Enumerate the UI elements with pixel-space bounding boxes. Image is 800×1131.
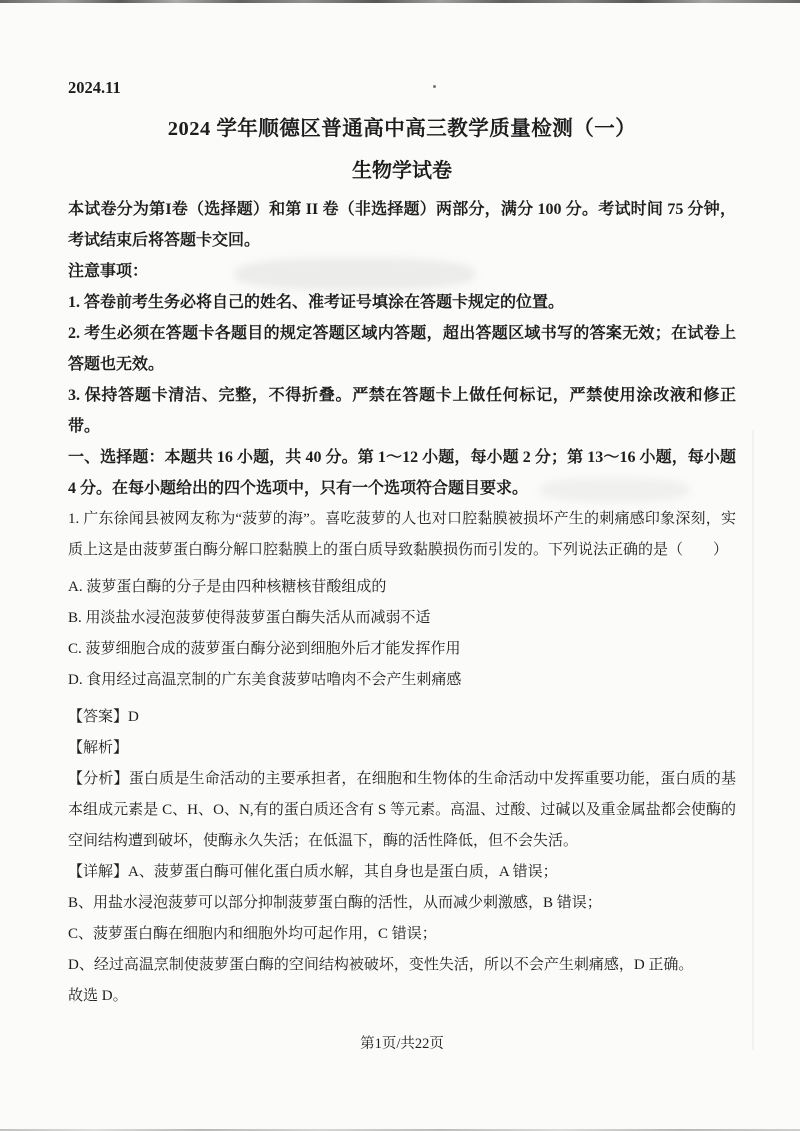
notice-item-2: 2. 考生必须在答题卡各题目的规定答题区域内答题，超出答题区域书写的答案无效；在…: [68, 318, 736, 380]
exam-date: 2024.11: [68, 78, 736, 98]
detail-line-d: D、经过高温烹制使菠萝蛋白酶的空间结构被破坏，变性失活，所以不会产生刺痛感，D …: [68, 950, 736, 981]
exam-intro-paragraph: 本试卷分为第I卷（选择题）和第 II 卷（非选择题）两部分，满分 100 分。考…: [68, 194, 736, 256]
option-a: A. 菠萝蛋白酶的分子是由四种核糖核苷酸组成的: [68, 572, 736, 603]
exam-paper-page: 2024.11 2024 学年顺德区普通高中高三教学质量检测（一） 生物学试卷 …: [0, 0, 800, 1131]
option-b: B. 用淡盐水浸泡菠萝使得菠萝蛋白酶失活从而减弱不适: [68, 603, 736, 634]
detail-line-c: C、菠萝蛋白酶在细胞内和细胞外均可起作用，C 错误；: [68, 919, 736, 950]
notice-item-3: 3. 保持答题卡清洁、完整，不得折叠。严禁在答题卡上做任何标记，严禁使用涂改液和…: [68, 380, 736, 442]
exam-subject-subtitle: 生物学试卷: [68, 156, 736, 186]
analysis-header: 【解析】: [68, 733, 736, 764]
question-1-stem: 1. 广东徐闻县被网友称为“菠萝的海”。喜吃菠萝的人也对口腔黏膜被损坏产生的刺痛…: [68, 504, 736, 566]
detail-line-b: B、用盐水浸泡菠萝可以部分抑制菠萝蛋白酶的活性，从而减少刺激感，B 错误；: [68, 888, 736, 919]
notice-item-1: 1. 答卷前考生务必将自己的姓名、准考证号填涂在答题卡规定的位置。: [68, 287, 736, 318]
exam-title: 2024 学年顺德区普通高中高三教学质量检测（一）: [68, 114, 736, 144]
section-header: 一、选择题：本题共 16 小题，共 40 分。第 1～12 小题，每小题 2 分…: [68, 442, 736, 504]
question-1-answer-block: 【答案】D 【解析】 【分析】蛋白质是生命活动的主要承担者，在细胞和生物体的生命…: [68, 702, 736, 1012]
answer-line: 【答案】D: [68, 702, 736, 733]
question-1-options: A. 菠萝蛋白酶的分子是由四种核糖核苷酸组成的 B. 用淡盐水浸泡菠萝使得菠萝蛋…: [68, 572, 736, 696]
page-number-footer: 第1页/共22页: [68, 1034, 736, 1054]
option-c: C. 菠萝细胞合成的菠萝蛋白酶分泌到细胞外后才能发挥作用: [68, 634, 736, 665]
analysis-paragraph: 【分析】蛋白质是生命活动的主要承担者，在细胞和生物体的生命活动中发挥重要功能，蛋…: [68, 764, 736, 857]
notice-title: 注意事项：: [68, 256, 736, 287]
detail-line-a: 【详解】A、菠萝蛋白酶可催化蛋白质水解，其自身也是蛋白质，A 错误；: [68, 857, 736, 888]
conclusion-line: 故选 D。: [68, 981, 736, 1012]
option-d: D. 食用经过高温烹制的广东美食菠萝咕噜肉不会产生刺痛感: [68, 665, 736, 696]
